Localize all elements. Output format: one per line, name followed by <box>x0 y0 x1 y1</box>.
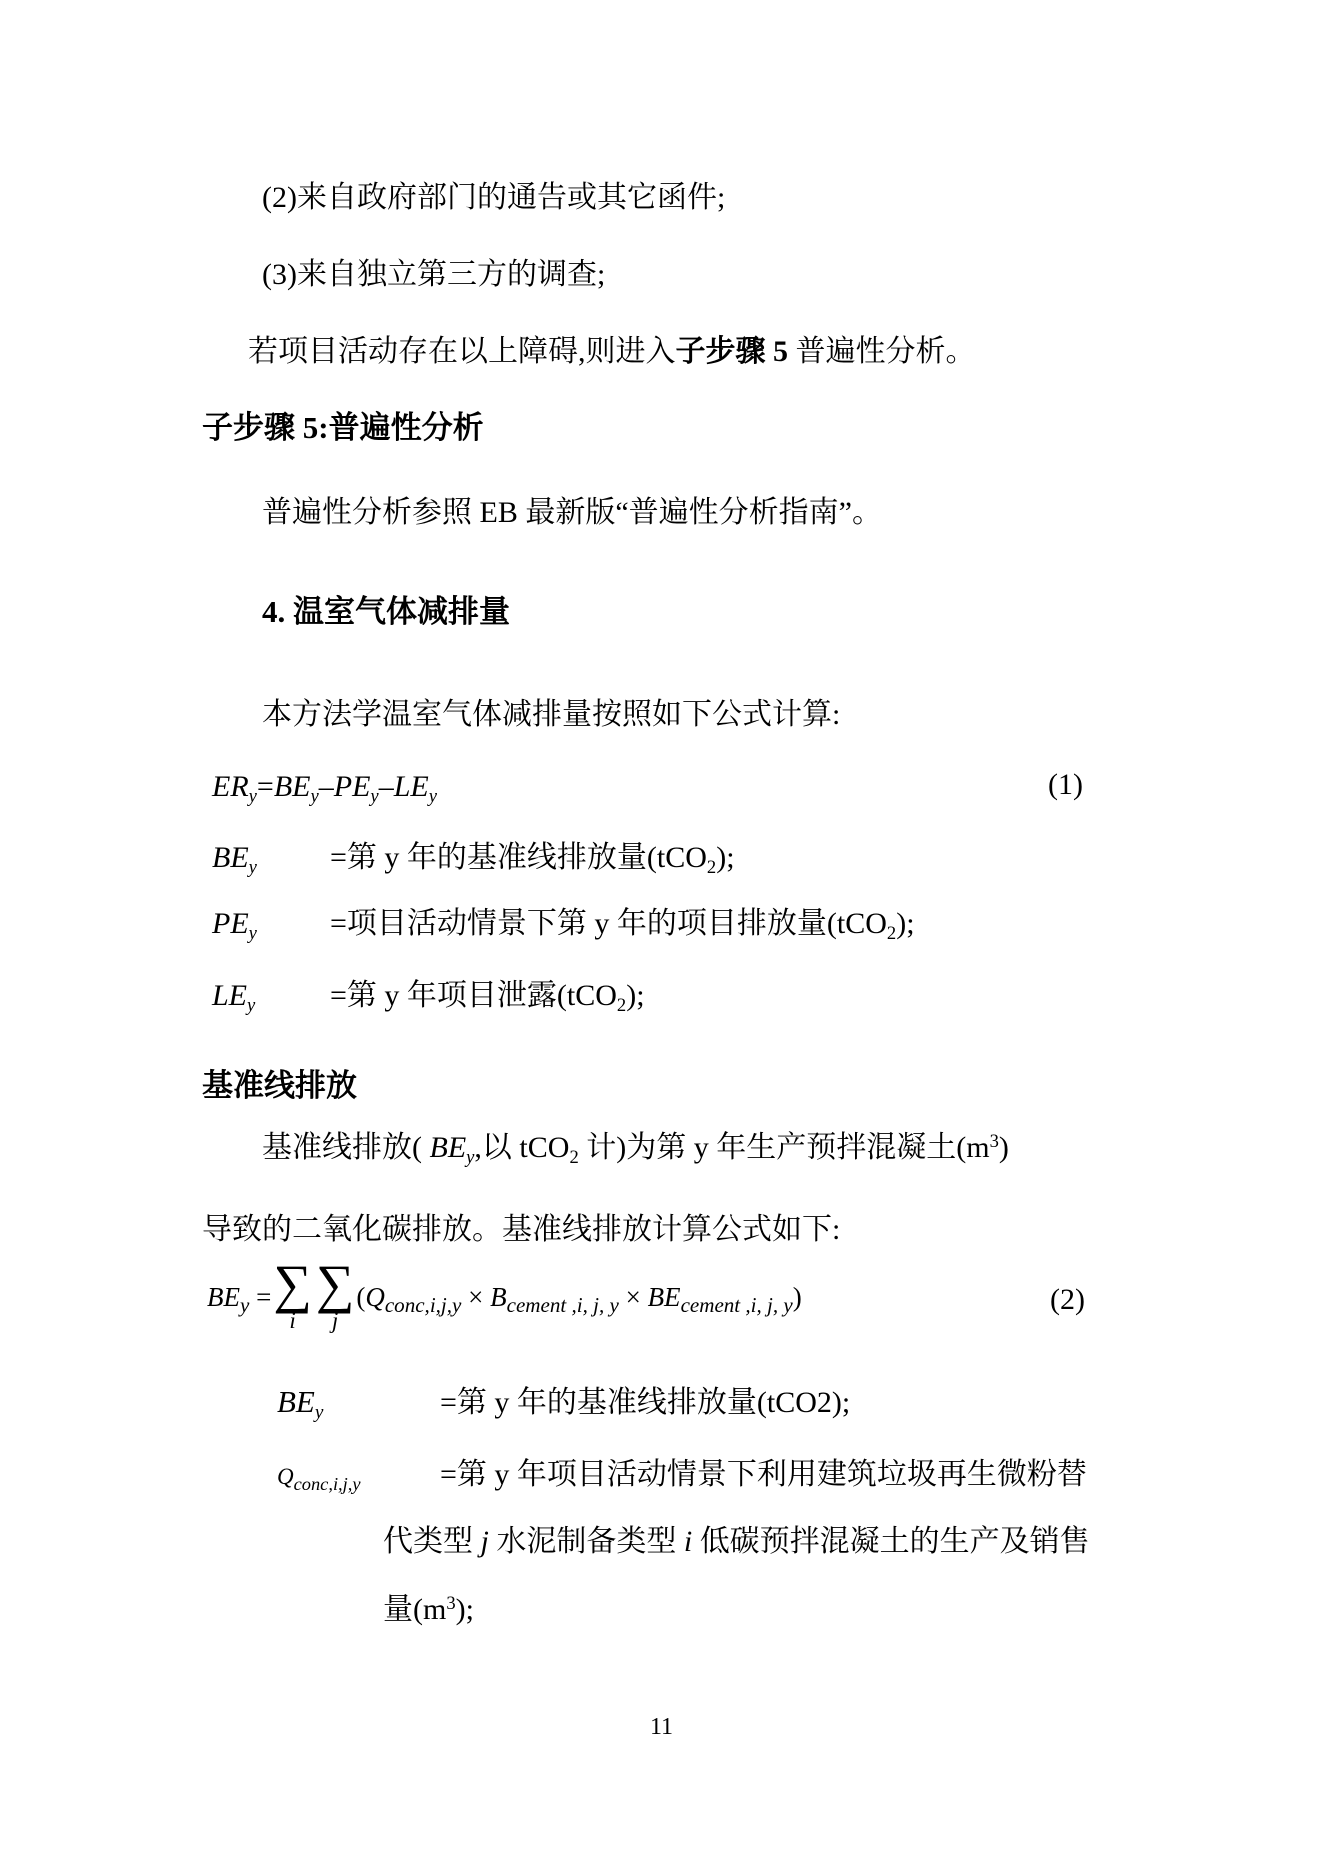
math-paren: ( <box>356 1282 365 1312</box>
math-token: BE <box>277 1384 315 1419</box>
math-superscript: 3 <box>990 1131 999 1152</box>
definition-text: ); <box>626 979 644 1012</box>
bold-substep-reference: 子步骤 5 <box>676 335 789 368</box>
math-token: BE <box>207 1282 240 1312</box>
definition-bey-2: BEy=第 y 年的基准线排放量(tCO2); <box>277 1382 850 1427</box>
heading-baseline-emissions: 基准线排放 <box>202 1066 357 1106</box>
sigma-sum-i: ∑i <box>273 1262 312 1333</box>
math-subscript: y <box>370 786 378 807</box>
math-subscript: 2 <box>887 923 896 944</box>
paragraph-baseline-line2: 导致的二氧化碳排放。基准线排放计算公式如下: <box>202 1210 840 1250</box>
math-token: BE <box>648 1282 681 1312</box>
formula-be: BEy = ∑i∑j(Qconc,i,j,y × Bcement ,i, j, … <box>207 1262 802 1333</box>
math-expression: (Qconc,i,j,y × Bcement ,i, j, y × BEceme… <box>356 1284 801 1311</box>
definition-term: Qconc,i,j,y <box>277 1457 440 1498</box>
definition-text: 代类型 <box>383 1525 481 1558</box>
math-token: BE <box>212 841 249 874</box>
definition-bey: BEy=第 y 年的基准线排放量(tCO2); <box>212 838 735 882</box>
math-lhs: BEy = <box>207 1284 271 1311</box>
document-page: (2)来自政府部门的通告或其它函件; (3)来自独立第三方的调查; 若项目活动存… <box>0 0 1323 1871</box>
math-subscript: 2 <box>707 857 716 878</box>
sigma-limit: j <box>332 1308 338 1333</box>
definition-text: 量(m <box>383 1593 446 1626</box>
paragraph-text: 基准线排放( <box>262 1131 430 1164</box>
paragraph-text: 计)为第 y 年生产预拌混凝土(m <box>579 1131 990 1164</box>
math-subscript: y <box>315 1402 324 1423</box>
math-subscript: conc,i,j,y <box>294 1474 361 1494</box>
math-token: PE <box>334 770 371 803</box>
definition-ley: LEy=第 y 年项目泄露(tCO2); <box>212 976 645 1020</box>
paragraph-barrier: 若项目活动存在以上障碍,则进入子步骤 5 普遍性分析。 <box>248 332 976 372</box>
math-token: ER <box>212 770 249 803</box>
heading-section-4: 4. 温室气体减排量 <box>262 592 510 632</box>
definition-text: =第 y 年的基准线排放量(tCO <box>330 841 707 874</box>
definition-text: =第 y 年项目活动情景下利用建筑垃圾再生微粉替 <box>440 1458 1087 1491</box>
math-token: BE <box>430 1131 467 1164</box>
equation-number-2: (2) <box>1050 1280 1085 1320</box>
math-token: i <box>684 1525 692 1558</box>
math-subscript: y <box>247 995 255 1016</box>
sigma-limit: i <box>289 1308 295 1333</box>
math-operator: = <box>257 770 274 803</box>
math-token: PE <box>212 907 249 940</box>
definition-qconc-line2: 代类型 j 水泥制备类型 i 低碳预拌混凝土的生产及销售 <box>383 1522 1090 1562</box>
math-subscript: y <box>240 1293 249 1317</box>
math-subscript: y <box>429 786 437 807</box>
equation-number-1: (1) <box>1048 765 1083 805</box>
paragraph-common-practice: 普遍性分析参照 EB 最新版“普遍性分析指南”。 <box>262 493 882 533</box>
definition-text: =第 y 年项目泄露(tCO <box>330 979 617 1012</box>
sigma-sum-j: ∑j <box>316 1262 355 1333</box>
math-token: BE <box>274 770 311 803</box>
definition-text: =项目活动情景下第 y 年的项目排放量(tCO <box>330 907 887 940</box>
math-operator: – <box>319 770 334 803</box>
math-subscript: cement ,i, j, y <box>681 1293 793 1317</box>
math-token: Q <box>277 1464 294 1489</box>
math-operator: × <box>461 1282 490 1312</box>
paragraph-text: 若项目活动存在以上障碍,则进入 <box>248 335 676 368</box>
math-subscript: y <box>311 786 319 807</box>
sigma-icon: ∑ <box>273 1262 312 1308</box>
math-token: j <box>481 1525 489 1558</box>
math-operator: × <box>619 1282 648 1312</box>
definition-text: 水泥制备类型 <box>489 1525 684 1558</box>
definition-term: BEy <box>212 838 330 882</box>
math-subscript: cement ,i, j, y <box>507 1293 619 1317</box>
math-operator: = <box>249 1282 271 1312</box>
definition-qconc: Qconc,i,j,y=第 y 年项目活动情景下利用建筑垃圾再生微粉替 <box>277 1455 1087 1498</box>
definition-term: PEy <box>212 904 330 948</box>
heading-substep-5: 子步骤 5:普遍性分析 <box>202 408 484 448</box>
paragraph-text: ) <box>999 1131 1009 1164</box>
formula-er: ERy=BEy–PEy–LEy <box>212 767 437 811</box>
paragraph-text: 普遍性分析。 <box>788 335 976 368</box>
page-number: 11 <box>0 1712 1323 1742</box>
math-token: LE <box>212 979 247 1012</box>
definition-text: ); <box>716 841 734 874</box>
math-paren: ) <box>793 1282 802 1312</box>
paragraph-baseline-line1: 基准线排放( BEy,以 tCO2 计)为第 y 年生产预拌混凝土(m3) <box>262 1128 1009 1172</box>
definition-term: BEy <box>277 1382 440 1427</box>
definition-term: LEy <box>212 976 330 1020</box>
definition-pey: PEy=项目活动情景下第 y 年的项目排放量(tCO2); <box>212 904 915 948</box>
paragraph-text: ,以 tCO <box>474 1131 569 1164</box>
paragraph-formula-intro: 本方法学温室气体减排量按照如下公式计算: <box>262 695 840 735</box>
math-token: B <box>490 1282 507 1312</box>
math-token: LE <box>394 770 429 803</box>
math-operator: – <box>379 770 394 803</box>
math-subscript: conc,i,j,y <box>385 1293 462 1317</box>
definition-text: ); <box>456 1593 474 1626</box>
list-item-notice-3: (3)来自独立第三方的调查; <box>262 255 605 295</box>
sigma-icon: ∑ <box>316 1262 355 1308</box>
math-subscript: y <box>249 923 257 944</box>
math-superscript: 3 <box>446 1593 455 1614</box>
definition-text: 低碳预拌混凝土的生产及销售 <box>692 1525 1090 1558</box>
math-subscript: y <box>249 786 257 807</box>
definition-text: =第 y 年的基准线排放量(tCO2); <box>440 1386 850 1419</box>
definition-text: ); <box>896 907 914 940</box>
definition-qconc-line3: 量(m3); <box>383 1590 474 1634</box>
list-item-notice-2: (2)来自政府部门的通告或其它函件; <box>262 178 725 218</box>
math-subscript: y <box>249 857 257 878</box>
math-subscript: 2 <box>617 995 626 1016</box>
math-subscript: y <box>466 1147 474 1168</box>
math-subscript: 2 <box>569 1147 578 1168</box>
math-token: Q <box>365 1282 385 1312</box>
